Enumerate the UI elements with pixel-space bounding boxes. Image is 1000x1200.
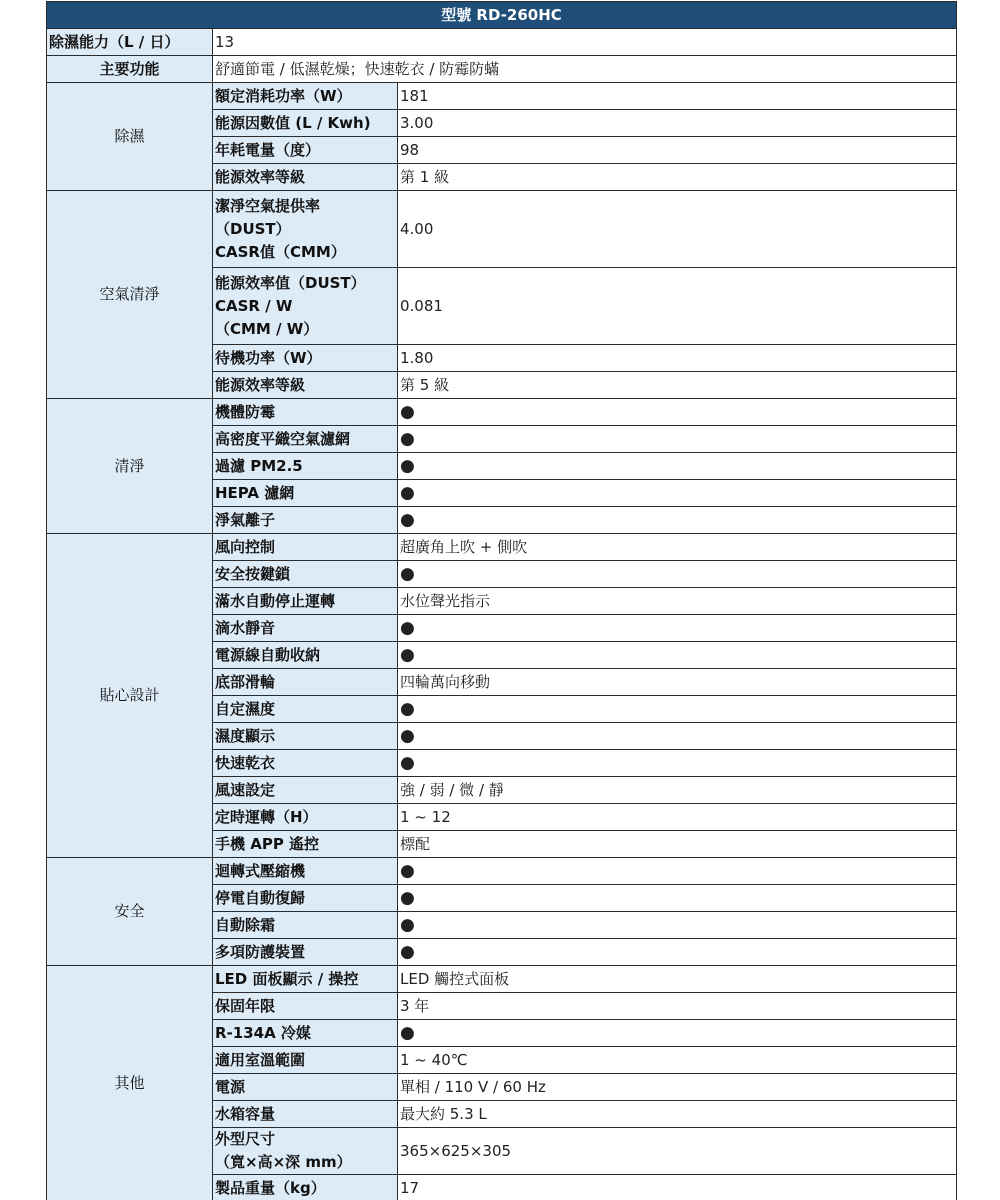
row-value: ● bbox=[398, 912, 957, 939]
row-value: ● bbox=[398, 426, 957, 453]
row-label: 能源效率等級 bbox=[213, 164, 398, 191]
row-label: 自動除霜 bbox=[213, 912, 398, 939]
row-label-line: 外型尺寸 bbox=[215, 1128, 395, 1151]
filled-dot-icon: ● bbox=[400, 618, 415, 638]
row-value: 標配 bbox=[398, 831, 957, 858]
row-label: 自定濕度 bbox=[213, 696, 398, 723]
row-label: 能源因數值 (L / Kwh) bbox=[213, 110, 398, 137]
row-label: 除濕能力（L / 日） bbox=[47, 29, 213, 56]
row-value: 單相 / 110 V / 60 Hz bbox=[398, 1074, 957, 1101]
row-label: 滴水靜音 bbox=[213, 615, 398, 642]
row-label: 底部滑輪 bbox=[213, 669, 398, 696]
row-value: 17 bbox=[398, 1175, 957, 1200]
spec-row: 清淨機體防霉● bbox=[47, 399, 957, 426]
row-value: ● bbox=[398, 480, 957, 507]
row-value: ● bbox=[398, 939, 957, 966]
row-label: 停電自動復歸 bbox=[213, 885, 398, 912]
row-label: 水箱容量 bbox=[213, 1101, 398, 1128]
row-label: 能源效率等級 bbox=[213, 372, 398, 399]
category-air-purify: 空氣清淨 bbox=[47, 191, 213, 399]
row-value: 水位聲光指示 bbox=[398, 588, 957, 615]
category-clean: 清淨 bbox=[47, 399, 213, 534]
row-label: 高密度平織空氣濾網 bbox=[213, 426, 398, 453]
row-value: ● bbox=[398, 399, 957, 426]
row-value: 98 bbox=[398, 137, 957, 164]
row-value: 3.00 bbox=[398, 110, 957, 137]
row-value: 0.081 bbox=[398, 268, 957, 345]
row-label: 額定消耗功率（W） bbox=[213, 83, 398, 110]
spec-row: 安全迴轉式壓縮機● bbox=[47, 858, 957, 885]
spec-body: 除濕能力（L / 日） 13 主要功能 舒適節電 / 低濕乾燥；快速乾衣 / 防… bbox=[47, 29, 957, 1200]
row-label: 適用室溫範圍 bbox=[213, 1047, 398, 1074]
row-value: 181 bbox=[398, 83, 957, 110]
filled-dot-icon: ● bbox=[400, 942, 415, 962]
row-label: 製品重量（kg） bbox=[213, 1175, 398, 1200]
filled-dot-icon: ● bbox=[400, 915, 415, 935]
filled-dot-icon: ● bbox=[400, 1023, 415, 1043]
row-value: 最大約 5.3 L bbox=[398, 1101, 957, 1128]
row-label: 主要功能 bbox=[47, 56, 213, 83]
spec-table: 型號 RD-260HC 除濕能力（L / 日） 13 主要功能 舒適節電 / 低… bbox=[46, 1, 957, 1200]
row-label: 年耗電量（度） bbox=[213, 137, 398, 164]
row-value: 1 ~ 12 bbox=[398, 804, 957, 831]
row-label: HEPA 濾網 bbox=[213, 480, 398, 507]
spec-row-main-features: 主要功能 舒適節電 / 低濕乾燥；快速乾衣 / 防霉防蟎 bbox=[47, 56, 957, 83]
filled-dot-icon: ● bbox=[400, 483, 415, 503]
row-label: 風向控制 bbox=[213, 534, 398, 561]
filled-dot-icon: ● bbox=[400, 726, 415, 746]
row-value: LED 觸控式面板 bbox=[398, 966, 957, 993]
row-value: 第 1 級 bbox=[398, 164, 957, 191]
spec-row: 其他LED 面板顯示 / 操控LED 觸控式面板 bbox=[47, 966, 957, 993]
filled-dot-icon: ● bbox=[400, 753, 415, 773]
row-label: 潔淨空氣提供率（DUST）CASR值（CMM） bbox=[213, 191, 398, 268]
row-value: 強 / 弱 / 微 / 靜 bbox=[398, 777, 957, 804]
filled-dot-icon: ● bbox=[400, 861, 415, 881]
row-label: 淨氣離子 bbox=[213, 507, 398, 534]
row-label: 過濾 PM2.5 bbox=[213, 453, 398, 480]
category-safety: 安全 bbox=[47, 858, 213, 966]
row-label: 多項防護裝置 bbox=[213, 939, 398, 966]
row-label-line: （CMM / W） bbox=[215, 318, 395, 341]
row-label: 手機 APP 遙控 bbox=[213, 831, 398, 858]
row-label: 濕度顯示 bbox=[213, 723, 398, 750]
filled-dot-icon: ● bbox=[400, 456, 415, 476]
filled-dot-icon: ● bbox=[400, 429, 415, 449]
filled-dot-icon: ● bbox=[400, 510, 415, 530]
row-label: 迴轉式壓縮機 bbox=[213, 858, 398, 885]
spec-row-capacity: 除濕能力（L / 日） 13 bbox=[47, 29, 957, 56]
row-value: ● bbox=[398, 561, 957, 588]
row-value: ● bbox=[398, 507, 957, 534]
row-label: R-134A 冷媒 bbox=[213, 1020, 398, 1047]
row-value: ● bbox=[398, 642, 957, 669]
row-value: ● bbox=[398, 885, 957, 912]
row-label: 電源線自動收納 bbox=[213, 642, 398, 669]
row-value: ● bbox=[398, 615, 957, 642]
spec-row: 除濕額定消耗功率（W）181 bbox=[47, 83, 957, 110]
row-value: 13 bbox=[213, 29, 957, 56]
row-label-line: （寬×高×深 mm） bbox=[215, 1151, 395, 1174]
row-value: ● bbox=[398, 696, 957, 723]
row-label: 安全按鍵鎖 bbox=[213, 561, 398, 588]
row-value: 1 ~ 40℃ bbox=[398, 1047, 957, 1074]
row-value: 舒適節電 / 低濕乾燥；快速乾衣 / 防霉防蟎 bbox=[213, 56, 957, 83]
row-value: 超廣角上吹 + 側吹 bbox=[398, 534, 957, 561]
row-label: 快速乾衣 bbox=[213, 750, 398, 777]
filled-dot-icon: ● bbox=[400, 699, 415, 719]
row-value: 365×625×305 bbox=[398, 1128, 957, 1175]
filled-dot-icon: ● bbox=[400, 888, 415, 908]
category-other: 其他 bbox=[47, 966, 213, 1200]
filled-dot-icon: ● bbox=[400, 645, 415, 665]
category-dehumidify: 除濕 bbox=[47, 83, 213, 191]
row-value: 第 5 級 bbox=[398, 372, 957, 399]
row-value: 4.00 bbox=[398, 191, 957, 268]
filled-dot-icon: ● bbox=[400, 402, 415, 422]
row-label: 滿水自動停止運轉 bbox=[213, 588, 398, 615]
row-label-line: CASR / W bbox=[215, 295, 395, 318]
row-value: ● bbox=[398, 858, 957, 885]
row-value: 3 年 bbox=[398, 993, 957, 1020]
filled-dot-icon: ● bbox=[400, 564, 415, 584]
row-value: 1.80 bbox=[398, 345, 957, 372]
row-label: 保固年限 bbox=[213, 993, 398, 1020]
spec-row: 空氣清淨潔淨空氣提供率（DUST）CASR值（CMM）4.00 bbox=[47, 191, 957, 268]
row-value: 四輪萬向移動 bbox=[398, 669, 957, 696]
row-label: 機體防霉 bbox=[213, 399, 398, 426]
row-value: ● bbox=[398, 1020, 957, 1047]
spec-row: 貼心設計風向控制超廣角上吹 + 側吹 bbox=[47, 534, 957, 561]
row-label: 外型尺寸（寬×高×深 mm） bbox=[213, 1128, 398, 1175]
row-value: ● bbox=[398, 453, 957, 480]
row-value: ● bbox=[398, 723, 957, 750]
row-label: LED 面板顯示 / 操控 bbox=[213, 966, 398, 993]
row-label: 風速設定 bbox=[213, 777, 398, 804]
row-label: 能源效率值（DUST）CASR / W（CMM / W） bbox=[213, 268, 398, 345]
row-label: 待機功率（W） bbox=[213, 345, 398, 372]
row-value: ● bbox=[398, 750, 957, 777]
row-label-line: （DUST） bbox=[215, 218, 395, 241]
row-label: 定時運轉（H） bbox=[213, 804, 398, 831]
category-thoughtful-design: 貼心設計 bbox=[47, 534, 213, 858]
row-label-line: CASR值（CMM） bbox=[215, 241, 395, 264]
row-label-line: 能源效率值（DUST） bbox=[215, 272, 395, 295]
model-title: 型號 RD-260HC bbox=[47, 2, 957, 29]
row-label-line: 潔淨空氣提供率 bbox=[215, 195, 395, 218]
row-label: 電源 bbox=[213, 1074, 398, 1101]
